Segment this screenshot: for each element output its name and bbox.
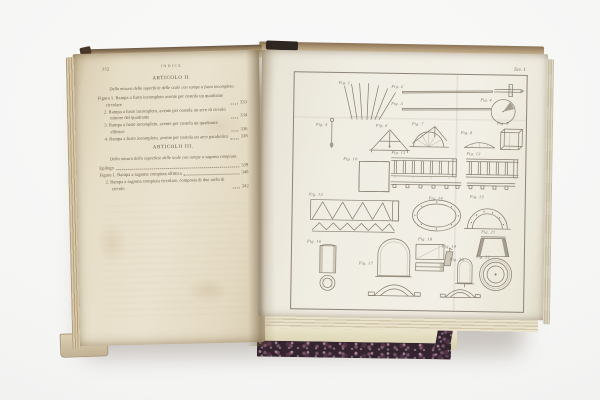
fig8-flat-arc bbox=[465, 142, 495, 148]
figure-label-1: Fig. 1 bbox=[339, 81, 351, 85]
fig21-trapezoid bbox=[477, 237, 509, 257]
figure-label-20: Fig. 20 bbox=[450, 258, 464, 262]
figure-label-19: Fig. 19 bbox=[442, 245, 456, 249]
fig13-sawtooth-strip bbox=[310, 200, 398, 233]
fig12-railing bbox=[466, 159, 518, 178]
article-2-subtitle: Della misura delle superficie delle scal… bbox=[102, 83, 241, 92]
cornice-rail-right bbox=[467, 183, 515, 189]
photo-background: 352 INDICE ARTICOLO II. Della misura del… bbox=[0, 0, 600, 400]
fig4-circle-dial bbox=[491, 99, 515, 123]
fig10-hatched-net bbox=[359, 161, 389, 191]
figure-label-16: Fig. 16 bbox=[307, 240, 321, 244]
right-page-plate-leaf: Tav. 1 bbox=[258, 50, 548, 320]
article-3-heading: ARTICOLO III. bbox=[99, 143, 248, 153]
fig14-ellipse-ring bbox=[412, 200, 460, 232]
fig15-arch-band bbox=[464, 208, 510, 229]
figure-label-9: Fig. 9 bbox=[497, 121, 509, 125]
figure-label-12: Fig. 12 bbox=[466, 152, 480, 156]
cornice-rail-left bbox=[391, 182, 461, 189]
engraved-plate-frame: Tav. 1 bbox=[290, 71, 528, 313]
cross-square-tool bbox=[494, 84, 524, 96]
running-title: INDICE bbox=[97, 62, 246, 71]
fig17-dome bbox=[368, 238, 421, 296]
article-3-subtitle: Della misura della superficie delle scal… bbox=[104, 153, 243, 162]
page-number: 352 bbox=[102, 66, 110, 72]
article-3-toc: Epilogo 339 Figura 1. Rampa a sagoma com… bbox=[99, 162, 249, 193]
fig1-rod-bundle bbox=[344, 83, 396, 120]
left-page: 352 INDICE ARTICOLO II. Della misura del… bbox=[73, 50, 266, 346]
plate-figures-engraving bbox=[291, 72, 527, 312]
fig18-rect-blocks bbox=[416, 244, 444, 271]
article-2-heading: ARTICOLO II. bbox=[97, 74, 246, 84]
dot-leader bbox=[231, 104, 238, 105]
toc-entry: 2. Rampa a sagoma compiuta circolare, co… bbox=[100, 176, 249, 192]
fig3-rod bbox=[402, 107, 490, 111]
figure-label-7: Fig. 7 bbox=[412, 122, 424, 126]
page-header: 352 INDICE bbox=[97, 62, 246, 73]
figure-label-22: Fig. 22 bbox=[476, 255, 490, 259]
fig2-rod bbox=[402, 89, 492, 94]
fig9-open-frame bbox=[501, 129, 523, 150]
figure-label-15: Fig. 15 bbox=[470, 195, 484, 199]
show-through-text bbox=[102, 202, 249, 317]
marbled-board-edge bbox=[257, 340, 451, 359]
fig6-level-triangle bbox=[370, 129, 410, 152]
fig20-small-dome bbox=[455, 259, 474, 287]
figure-label-8: Fig. 8 bbox=[461, 131, 473, 135]
arch-profile-small bbox=[440, 289, 480, 297]
plate-number-label: Tav. 1 bbox=[514, 67, 526, 72]
figure-label-2: Fig. 2 bbox=[392, 85, 404, 89]
figure-label-13: Fig. 13 bbox=[309, 193, 323, 197]
fig11-railing bbox=[391, 158, 456, 179]
fig7-arch-gable bbox=[410, 126, 449, 147]
figure-label-21: Fig. 21 bbox=[481, 230, 495, 234]
figure-label-6: Fig. 6 bbox=[376, 124, 388, 128]
fig16-cylinder bbox=[319, 244, 336, 290]
dot-leader bbox=[233, 187, 240, 188]
figure-label-14: Fig. 14 bbox=[429, 196, 443, 200]
figure-label-10: Fig. 10 bbox=[343, 157, 357, 161]
fig5-plumb-line bbox=[330, 118, 334, 148]
figure-label-11: Fig. 11 bbox=[391, 151, 405, 155]
figure-label-5: Fig. 5 bbox=[316, 123, 328, 127]
figure-label-18: Fig. 18 bbox=[418, 237, 432, 241]
figure-label-17: Fig. 17 bbox=[359, 261, 373, 265]
book-gutter-shadow bbox=[246, 50, 276, 346]
figure-label-3: Fig. 3 bbox=[391, 102, 403, 106]
fig22-concentric-rings bbox=[479, 258, 511, 290]
figure-label-4: Fig. 4 bbox=[480, 98, 492, 102]
